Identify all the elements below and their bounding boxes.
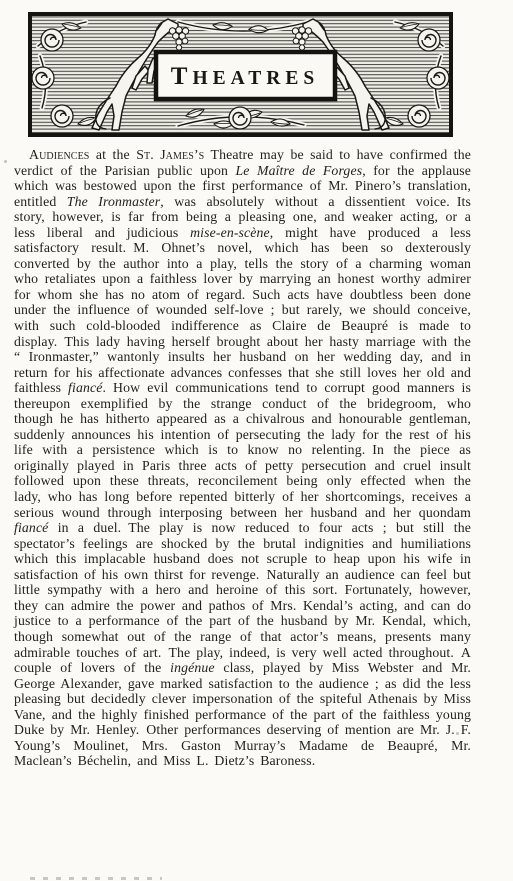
scanned-magazine-page: THEATRES Audiences at the St. James’s Th… <box>0 0 513 881</box>
theatres-banner-engraving: THEATRES <box>28 12 453 137</box>
italic-run: mise-en-scène <box>190 225 270 240</box>
scan-speck <box>4 160 7 163</box>
small-caps-run: Audiences <box>29 147 90 162</box>
italic-run: fiancé <box>14 520 48 535</box>
italic-run: The Ironmaster <box>67 194 161 209</box>
text-run: in a duel. The play is now reduced to fo… <box>14 520 471 675</box>
italic-run: Le Maître de Forges <box>235 163 362 178</box>
text-run: , might have produced a less satisfactor… <box>14 225 471 395</box>
banner-title-box: THEATRES <box>156 52 335 99</box>
italic-run: ingénue <box>170 660 215 675</box>
text-run: . How evil communications tend to corrup… <box>14 380 471 519</box>
cutoff-next-line-fragment <box>30 877 162 880</box>
italic-run: fiancé <box>68 380 102 395</box>
text-run: class, played by Miss Webster and Mr. Ge… <box>14 660 471 768</box>
banner-title: THEATRES <box>171 63 319 90</box>
small-caps-run: St. James’s <box>136 147 204 162</box>
scan-speck <box>456 732 459 735</box>
article-paragraph: Audiences at the St. James’s Theatre may… <box>14 147 471 769</box>
text-run: at the <box>90 147 137 162</box>
